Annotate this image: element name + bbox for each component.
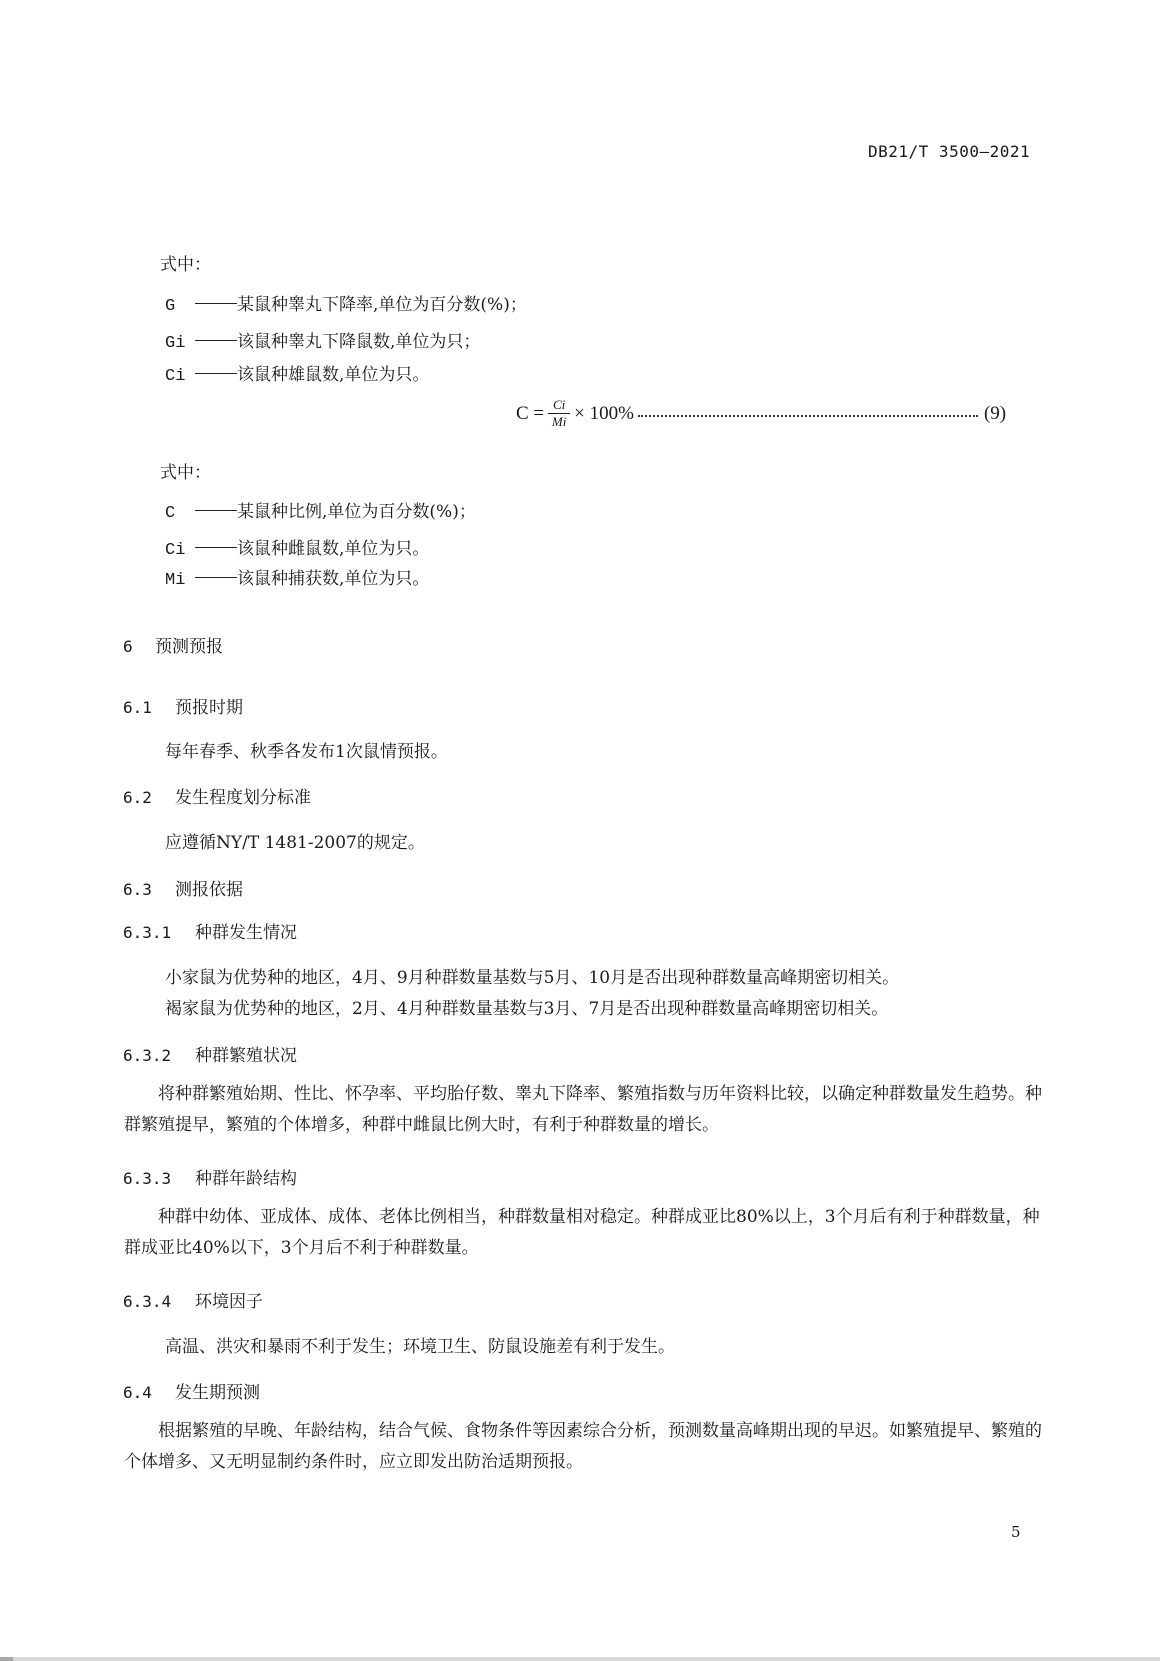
section-6-3-3-text: 种群中幼体、亚成体、成体、老体比例相当，种群数量相对稳定。种群成亚比80%以上，… <box>124 1202 1054 1264</box>
section-title: 种群年龄结构 <box>195 1169 297 1189</box>
section-6-2-heading: 6.2发生程度划分标准 <box>123 783 311 808</box>
where-label: 式中： <box>160 250 211 275</box>
formula-denominator: Mi <box>552 415 566 429</box>
section-title: 测报依据 <box>175 880 243 900</box>
standard-code: DB21/T 3500—2021 <box>868 142 1030 161</box>
section-6-4-text: 根据繁殖的早晚、年龄结构，结合气候、食物条件等因素综合分析，预测数量高峰期出现的… <box>124 1416 1054 1478</box>
definition-text: 该鼠种睾丸下降鼠数,单位为只； <box>237 332 480 352</box>
definition-text: 该鼠种雄鼠数,单位为只。 <box>237 365 429 385</box>
em-dash <box>195 373 237 374</box>
em-dash <box>195 577 237 578</box>
section-title: 发生期预测 <box>175 1383 260 1403</box>
definition-g: G某鼠种睾丸下降率,单位为百分数(%)； <box>165 290 527 316</box>
definition-text: 该鼠种雌鼠数,单位为只。 <box>237 539 429 559</box>
section-6-1-text: 每年春季、秋季各发布1次鼠情预报。 <box>165 737 448 762</box>
definition-text: 某鼠种比例,单位为百分数(%)； <box>237 502 476 522</box>
em-dash <box>195 303 237 304</box>
scrollbar-thumb[interactable] <box>0 1657 13 1661</box>
section-title: 种群发生情况 <box>195 923 297 943</box>
section-title: 发生程度划分标准 <box>175 788 311 808</box>
section-6-heading: 6预测预报 <box>123 632 223 657</box>
definition-ci-female: Ci该鼠种雌鼠数,单位为只。 <box>165 534 429 560</box>
section-number: 6.3.3 <box>123 1169 195 1188</box>
section-title: 种群繁殖状况 <box>195 1046 297 1066</box>
section-number: 6.3.2 <box>123 1046 195 1065</box>
section-number: 6.3 <box>123 880 175 899</box>
definition-symbol: Mi <box>165 571 195 590</box>
section-number: 6.1 <box>123 698 175 717</box>
section-title: 预报时期 <box>175 698 243 718</box>
definition-text: 某鼠种睾丸下降率,单位为百分数(%)； <box>237 295 527 315</box>
section-number: 6.3.1 <box>123 923 195 942</box>
section-number: 6 <box>123 637 155 656</box>
section-title: 预测预报 <box>155 637 223 657</box>
section-6-3-1-line-2: 褐家鼠为优势种的地区，2月、4月种群数量基数与3月、7月是否出现种群数量高峰期密… <box>165 994 888 1019</box>
section-number: 6.2 <box>123 788 175 807</box>
page-number: 5 <box>1011 1523 1021 1541</box>
section-number: 6.3.4 <box>123 1292 195 1311</box>
definition-c: C某鼠种比例,单位为百分数(%)； <box>165 497 476 523</box>
definition-symbol: Ci <box>165 541 195 560</box>
definition-ci-male: Ci该鼠种雄鼠数,单位为只。 <box>165 360 429 386</box>
section-6-3-4-heading: 6.3.4环境因子 <box>123 1287 263 1312</box>
section-6-3-2-heading: 6.3.2种群繁殖状况 <box>123 1041 297 1066</box>
section-6-1-heading: 6.1预报时期 <box>123 693 243 718</box>
definition-symbol: G <box>165 297 195 316</box>
where-label: 式中： <box>160 458 211 483</box>
section-6-3-1-line-1: 小家鼠为优势种的地区，4月、9月种群数量基数与5月、10月是否出现种群数量高峰期… <box>165 963 899 988</box>
section-6-2-text: 应遵循NY/T 1481-2007的规定。 <box>165 828 425 853</box>
section-number: 6.4 <box>123 1383 175 1402</box>
section-6-3-3-heading: 6.3.3种群年龄结构 <box>123 1164 297 1189</box>
definition-mi: Mi该鼠种捕获数,单位为只。 <box>165 564 429 590</box>
dot-leader <box>638 415 978 417</box>
em-dash <box>195 547 237 548</box>
formula-rhs: × 100% <box>574 403 634 425</box>
horizontal-scrollbar[interactable] <box>0 1657 1160 1661</box>
definition-symbol: Ci <box>165 367 195 386</box>
section-6-3-2-text: 将种群繁殖始期、性比、怀孕率、平均胎仔数、睾丸下降率、繁殖指数与历年资料比较，以… <box>124 1079 1054 1141</box>
section-6-4-heading: 6.4发生期预测 <box>123 1378 260 1403</box>
formula-9: C = Ci Mi × 100% (9) <box>516 398 1006 429</box>
section-title: 环境因子 <box>195 1292 263 1312</box>
em-dash <box>195 340 237 341</box>
section-6-3-heading: 6.3测报依据 <box>123 875 243 900</box>
definition-text: 该鼠种捕获数,单位为只。 <box>237 569 429 589</box>
section-6-3-4-text: 高温、洪灾和暴雨不利于发生；环境卫生、防鼠设施差有利于发生。 <box>165 1332 675 1357</box>
definition-symbol: C <box>165 504 195 523</box>
definition-gi: Gi该鼠种睾丸下降鼠数,单位为只； <box>165 327 480 353</box>
formula-fraction: Ci Mi <box>548 398 570 429</box>
formula-numerator: Ci <box>553 398 565 412</box>
section-6-3-1-heading: 6.3.1种群发生情况 <box>123 918 297 943</box>
formula-number: (9) <box>984 403 1006 425</box>
definition-symbol: Gi <box>165 334 195 353</box>
formula-lhs: C = <box>516 403 544 425</box>
em-dash <box>195 510 237 511</box>
